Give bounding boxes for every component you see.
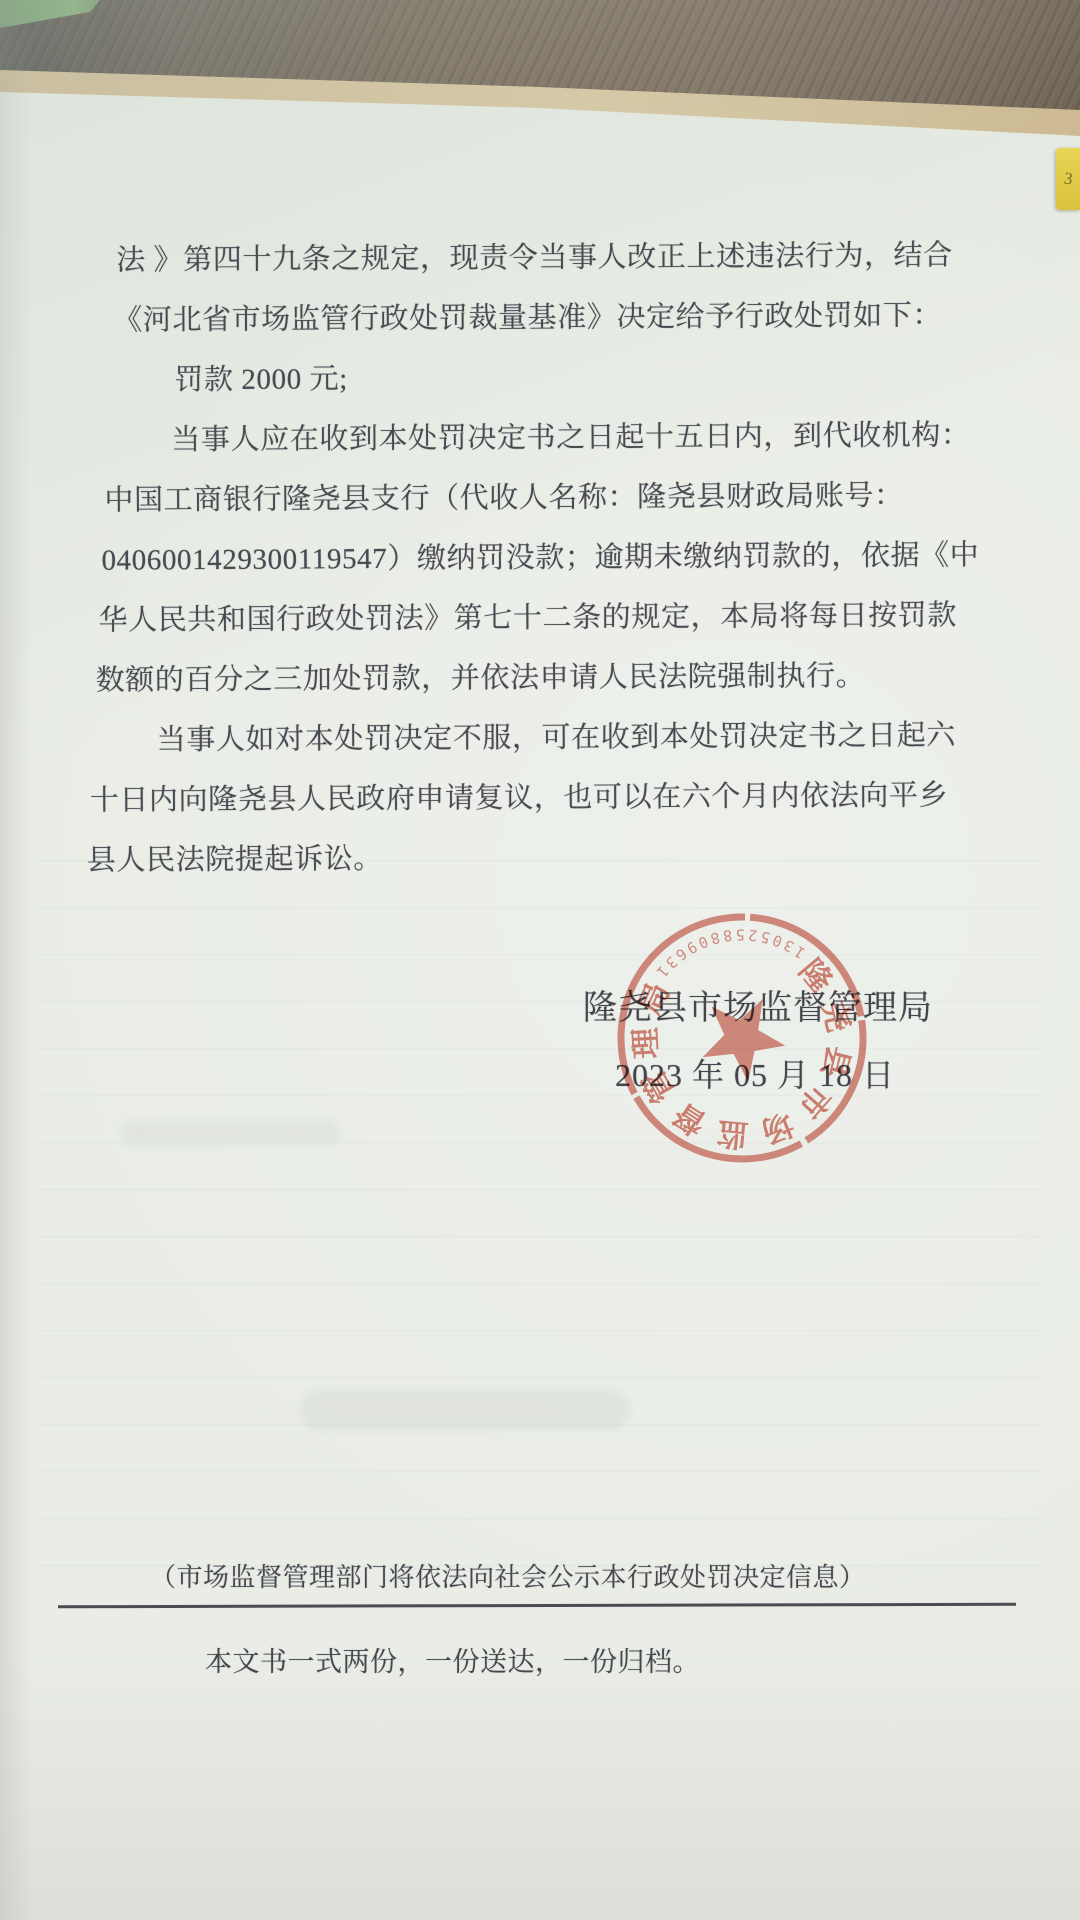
- seal-ring-text-char: 监: [716, 1115, 750, 1153]
- seal-ring-text-char: 场: [757, 1106, 799, 1150]
- body-text-line: 当事人应在收到本处罚决定书之日起十五日内，到代收机构：: [171, 405, 994, 470]
- sticky-tab-label: 3: [1062, 169, 1073, 190]
- seal-ring-text-char: 局: [632, 978, 677, 1021]
- body-text-line: 罚款 2000 元;: [174, 345, 994, 410]
- copies-note: 本文书一式两份，一份送达，一份归档。: [205, 1640, 700, 1679]
- seal-code-digit: 8: [709, 928, 722, 948]
- seal-star: [696, 997, 790, 1087]
- seal-code-digit: 5: [759, 927, 772, 947]
- body-text-line: 当事人如对本处罚决定不服，可在收到本处罚决定书之日起六: [157, 705, 997, 770]
- disclosure-note: （市场监督管理部门将依法向社会公示本行政处罚决定信息）: [150, 1557, 866, 1594]
- official-seal: 隆尧县市场监督管理局1305258809631: [592, 888, 892, 1188]
- seal-code-digit: 0: [770, 931, 785, 951]
- seal-ring-text-char: 理: [627, 1027, 664, 1060]
- body-text-line: 数额的百分之三加处罚款，并依法申请人民法院强制执行。: [95, 645, 995, 710]
- body-text: 法 》第四十九条之规定，现责令当事人改正上述违法行为，结合《河北省市场监管行政处…: [93, 225, 997, 890]
- seal-code-digit: 2: [747, 926, 758, 945]
- paper-smudge: [120, 1120, 340, 1146]
- sticky-tab: 3: [1056, 148, 1080, 210]
- body-text-line: 中国工商银行隆尧县支行（代收人名称：隆尧县财政局账号：: [104, 465, 995, 530]
- body-text-line: 法 》第四十九条之规定，现责令当事人改正上述违法行为，结合: [116, 225, 993, 290]
- paper-smudge: [300, 1390, 630, 1430]
- body-text-line: 县人民法院提起诉讼。: [87, 825, 997, 891]
- body-text-line: 十日内向隆尧县人民政府申请复议，也可以在六个月内依法向平乡: [90, 765, 997, 831]
- footer-divider-line: [58, 1603, 1016, 1609]
- seal-group: 隆尧县市场监督管理局1305258809631: [605, 901, 878, 1174]
- seal-code-digit: 5: [736, 925, 745, 943]
- photo-of-document: 3 法 》第四十九条之规定，现责令当事人改正上述违法行为，结合《河北省市场监管行…: [0, 0, 1080, 1920]
- body-text-line: 华人民共和国行政处罚法》第七十二条的规定，本局将每日按罚款: [98, 585, 995, 650]
- seal-ring-text-char: 县: [815, 1042, 857, 1081]
- document-body: 法 》第四十九条之规定，现责令当事人改正上述违法行为，结合《河北省市场监管行政处…: [93, 225, 997, 890]
- body-text-line: 0406001429300119547）缴纳罚没款；逾期未缴纳罚款的，依据《中: [101, 525, 995, 590]
- seal-ring-text-char: 尧: [815, 997, 856, 1035]
- seal-code-digit: 8: [722, 926, 733, 945]
- body-text-line: 《河北省市场监管行政处罚裁量基准》决定给予行政处罚如下：: [113, 285, 994, 350]
